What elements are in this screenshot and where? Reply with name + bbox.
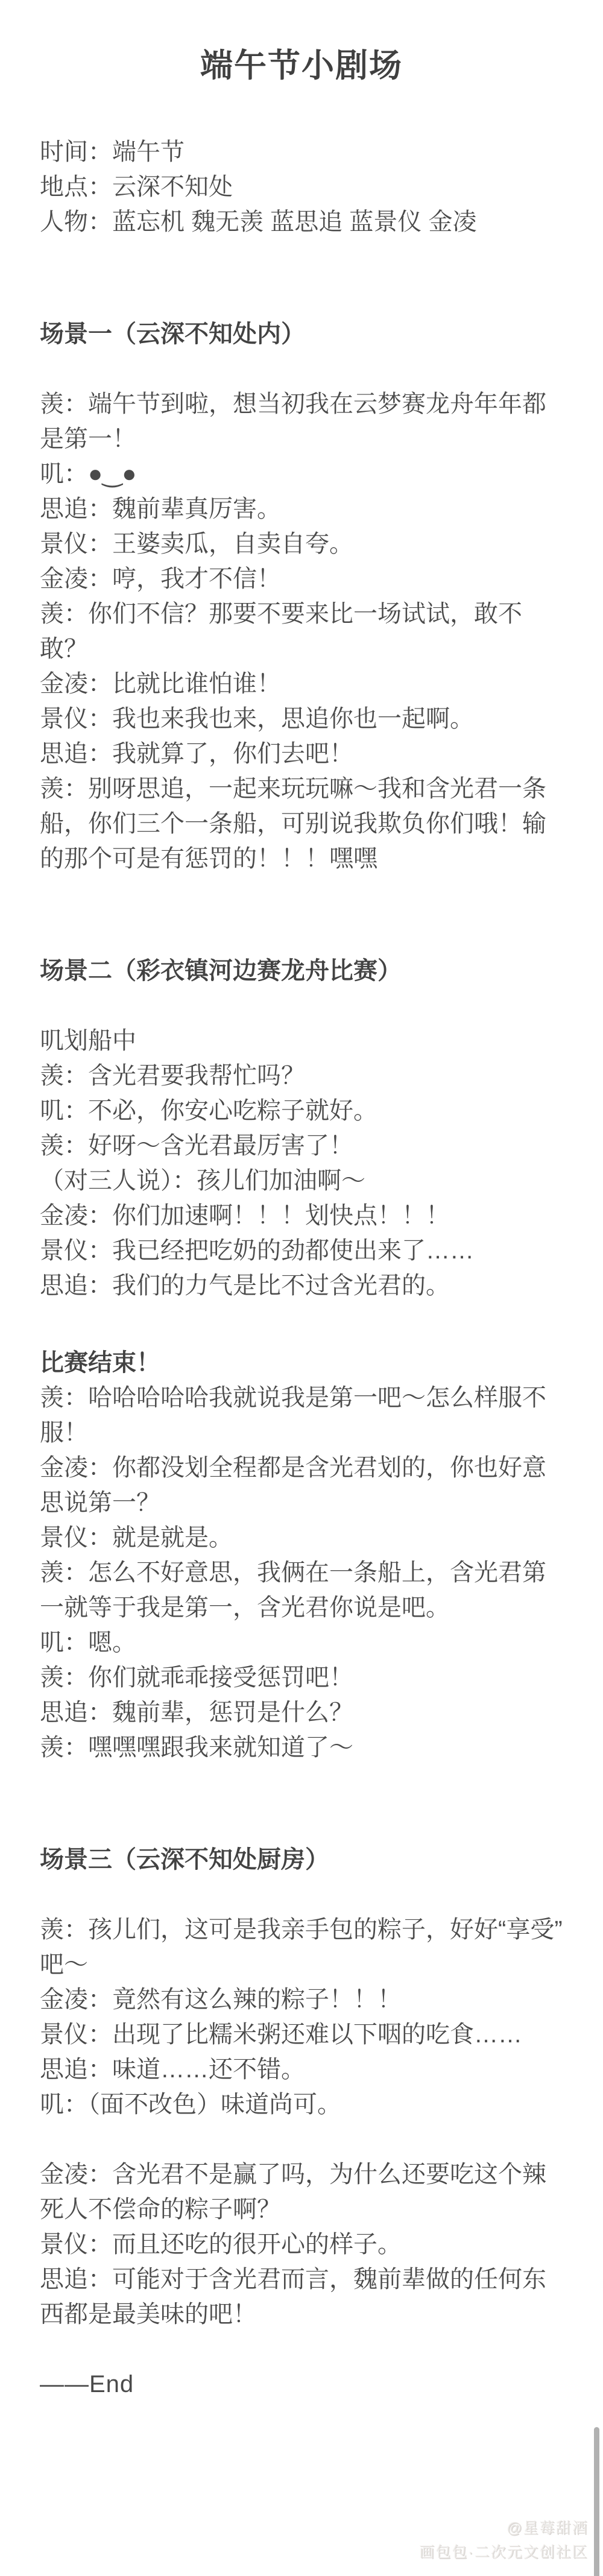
watermark-author: @星莓甜酒 (420, 2516, 589, 2540)
script-line: 景仪：我也来我也来，思追你也一起啊。 (40, 701, 563, 736)
scene-heading: 场景一（云深不知处内） (40, 317, 563, 352)
script-line: 羡：你们就乖乖接受惩罚吧！ (40, 1660, 563, 1695)
script-line: 羡：含光君要我帮忙吗？ (40, 1058, 563, 1093)
blank-line (40, 352, 563, 387)
script-line: （对三人说）：孩儿们加油啊～ (40, 1163, 563, 1198)
blank-line (40, 274, 563, 309)
script-line: 景仪：我已经把吃奶的劲都使出来了…… (40, 1233, 563, 1268)
blank-line (40, 911, 563, 946)
script-line: 思追：魏前辈，惩罚是什么？ (40, 1695, 563, 1730)
blank-line (40, 988, 563, 1023)
script-article: 端午节小剧场 时间：端午节地点：云深不知处人物：蓝忘机 魏无羡 蓝思追 蓝景仪 … (0, 0, 603, 2402)
script-line: 景仪：而且还吃的很开心的样子。 (40, 2227, 563, 2262)
script-line: 金凌：竟然有这么辣的粽子！！！ (40, 1982, 563, 2017)
blank-line (40, 1800, 563, 1835)
blank-line (40, 1303, 563, 1338)
script-line: 羡：孩儿们，这可是我亲手包的粽子，好好“享受”吧～ (40, 1912, 563, 1982)
script-line: 叽：●‿● (40, 456, 563, 491)
script-line: 地点：云深不知处 (40, 169, 563, 204)
scrollbar-thumb[interactable] (594, 2427, 599, 2576)
blank-line (40, 876, 563, 911)
scene-heading: 场景二（彩衣镇河边赛龙舟比赛） (40, 953, 563, 988)
script-line: 思追：我就算了，你们去吧！ (40, 736, 563, 771)
script-line: 思追：魏前辈真厉害。 (40, 491, 563, 526)
script-line: 景仪：出现了比糯米粥还难以下咽的吃食…… (40, 2017, 563, 2052)
script-line: 思追：我们的力气是比不过含光君的。 (40, 1268, 563, 1303)
script-line: 羡：好呀～含光君最厉害了！ (40, 1128, 563, 1163)
blank-line (40, 1877, 563, 1912)
script-line: 景仪：王婆卖瓜，自卖自夸。 (40, 526, 563, 561)
script-line: 金凌：你都没划全程都是含光君划的，你也好意思说第一？ (40, 1450, 563, 1520)
script-line: 羡：别呀思追，一起来玩玩嘛～我和含光君一条船，你们三个一条船，可别说我欺负你们哦… (40, 771, 563, 876)
scene-heading: 比赛结束！ (40, 1345, 563, 1380)
script-line: 羡：你们不信？那要不要来比一场试试，敢不敢？ (40, 596, 563, 666)
script-line: 金凌：含光君不是赢了吗，为什么还要吃这个辣死人不偿命的粽子啊？ (40, 2157, 563, 2227)
script-line: 金凌：哼，我才不信！ (40, 561, 563, 596)
script-line: 叽划船中 (40, 1023, 563, 1058)
watermark-platform: 画包包·二次元文创社区 (420, 2540, 589, 2565)
blank-line (40, 2332, 563, 2367)
script-line: 人物：蓝忘机 魏无羡 蓝思追 蓝景仪 金凌 (40, 204, 563, 239)
script-line: 思追：可能对于含光君而言，魏前辈做的任何东西都是最美味的吧！ (40, 2262, 563, 2332)
script-line: 金凌：比就比谁怕谁！ (40, 666, 563, 701)
script-line: 叽：不必，你安心吃粽子就好。 (40, 1093, 563, 1128)
script-line: 叽：嗯。 (40, 1625, 563, 1660)
script-line: 羡：哈哈哈哈哈我就说我是第一吧～怎么样服不服！ (40, 1380, 563, 1450)
blank-line (40, 239, 563, 274)
blank-line (40, 1765, 563, 1800)
script-line: 羡：端午节到啦，想当初我在云梦赛龙舟年年都是第一！ (40, 387, 563, 456)
watermark: @星莓甜酒 画包包·二次元文创社区 (420, 2516, 589, 2565)
script-line: 景仪：就是就是。 (40, 1520, 563, 1555)
script-line: 羡：怎么不好意思，我俩在一条船上，含光君第一就等于我是第一，含光君你说是吧。 (40, 1555, 563, 1625)
scene-heading: 场景三（云深不知处厨房） (40, 1842, 563, 1877)
script-line: 叽：（面不改色）味道尚可。 (40, 2087, 563, 2122)
blank-line (40, 2122, 563, 2157)
script-line: 金凌：你们加速啊！！！划快点！！！ (40, 1198, 563, 1233)
script-line: 时间：端午节 (40, 134, 563, 169)
post-page: 端午节小剧场 时间：端午节地点：云深不知处人物：蓝忘机 魏无羡 蓝思追 蓝景仪 … (0, 0, 603, 2576)
script-line: 羡：嘿嘿嘿跟我来就知道了～ (40, 1730, 563, 1765)
end-line: ——End (40, 2367, 563, 2402)
script-line: 思追：味道……还不错。 (40, 2052, 563, 2087)
post-title: 端午节小剧场 (40, 42, 563, 89)
